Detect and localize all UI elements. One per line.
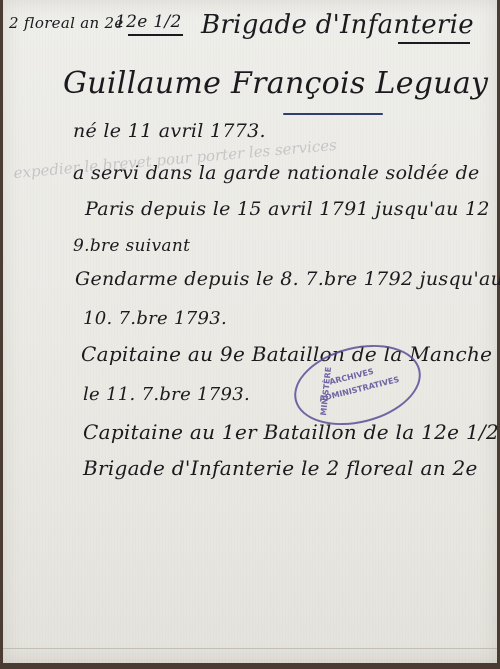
line-capitaine-1: Capitaine au 9e Bataillon de la Manche (81, 342, 492, 366)
person-name: Guillaume François Leguay (63, 66, 488, 101)
line-brigade: Brigade d'Infanterie le 2 floreal an 2e (83, 456, 478, 480)
header-unit-underline (128, 34, 183, 36)
header-flourish (398, 42, 470, 44)
line-service-2: Paris depuis le 15 avril 1791 jusqu'au 1… (85, 198, 490, 220)
header-date-note: 2 floreal an 2e (9, 14, 124, 32)
line-birth: né le 11 avril 1773. (73, 120, 266, 142)
header-unit: Brigade d'Infanterie (201, 10, 474, 40)
header-unit-number: 12e 1/2 (115, 12, 182, 32)
line-capitaine-1-date: le 11. 7.bre 1793. (83, 384, 250, 405)
line-service-3: 9.bre suivant (73, 236, 190, 256)
line-gendarme: Gendarme depuis le 8. 7.bre 1792 jusqu'a… (75, 268, 500, 290)
name-underline (283, 113, 383, 115)
line-service-1: a servi dans la garde nationale soldée d… (73, 162, 480, 184)
document-page: 2 floreal an 2e 12e 1/2 Brigade d'Infant… (3, 0, 497, 663)
paper-fold-line (3, 648, 497, 649)
line-capitaine-2: Capitaine au 1er Bataillon de la 12e 1/2 (83, 420, 499, 444)
line-gendarme-end: 10. 7.bre 1793. (83, 308, 227, 329)
